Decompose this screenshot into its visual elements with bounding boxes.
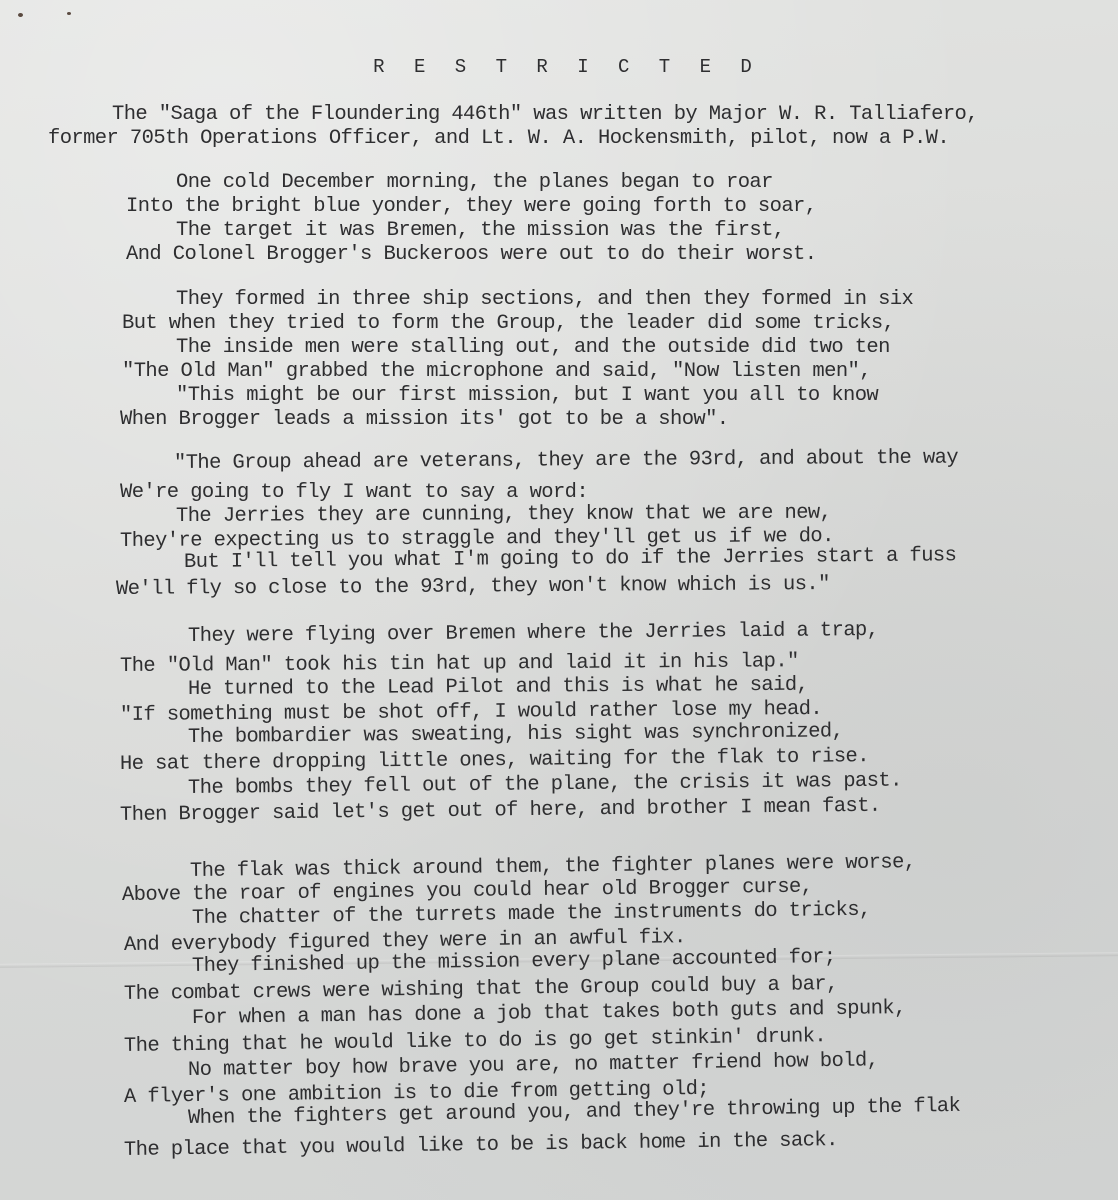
paper-speck [67, 12, 71, 15]
poem-line: The place that you would like to be is b… [124, 1129, 838, 1163]
poem-line: When Brogger leads a mission its' got to… [120, 408, 729, 432]
intro-line: The "Saga of the Floundering 446th" was … [112, 103, 978, 127]
poem-line: He turned to the Lead Pilot and this is … [188, 674, 808, 702]
paper-speck [18, 13, 23, 17]
poem-line: And Colonel Brogger's Buckeroos were out… [126, 243, 816, 267]
poem-line: We'll fly so close to the 93rd, they won… [116, 573, 830, 602]
poem-line: The inside men were stalling out, and th… [176, 336, 890, 360]
poem-line: They formed in three ship sections, and … [176, 288, 913, 312]
intro-line: former 705th Operations Officer, and Lt.… [48, 127, 949, 151]
poem-line: But when they tried to form the Group, t… [122, 312, 894, 336]
poem-line: One cold December morning, the planes be… [176, 171, 773, 195]
typewritten-page: R E S T R I C T E D The "Saga of the Flo… [0, 0, 1118, 1200]
poem-line: Into the bright blue yonder, they were g… [126, 195, 816, 219]
poem-line: "The Old Man" grabbed the microphone and… [122, 360, 871, 384]
poem-line: We're going to fly I want to say a word: [120, 481, 588, 505]
poem-line: The target it was Bremen, the mission wa… [176, 219, 785, 243]
poem-line: "This might be our first mission, but I … [176, 384, 878, 408]
poem-line: "The Group ahead are veterans, they are … [174, 447, 958, 476]
restricted-heading: R E S T R I C T E D [0, 56, 1118, 78]
poem-line: They were flying over Bremen where the J… [188, 619, 879, 649]
